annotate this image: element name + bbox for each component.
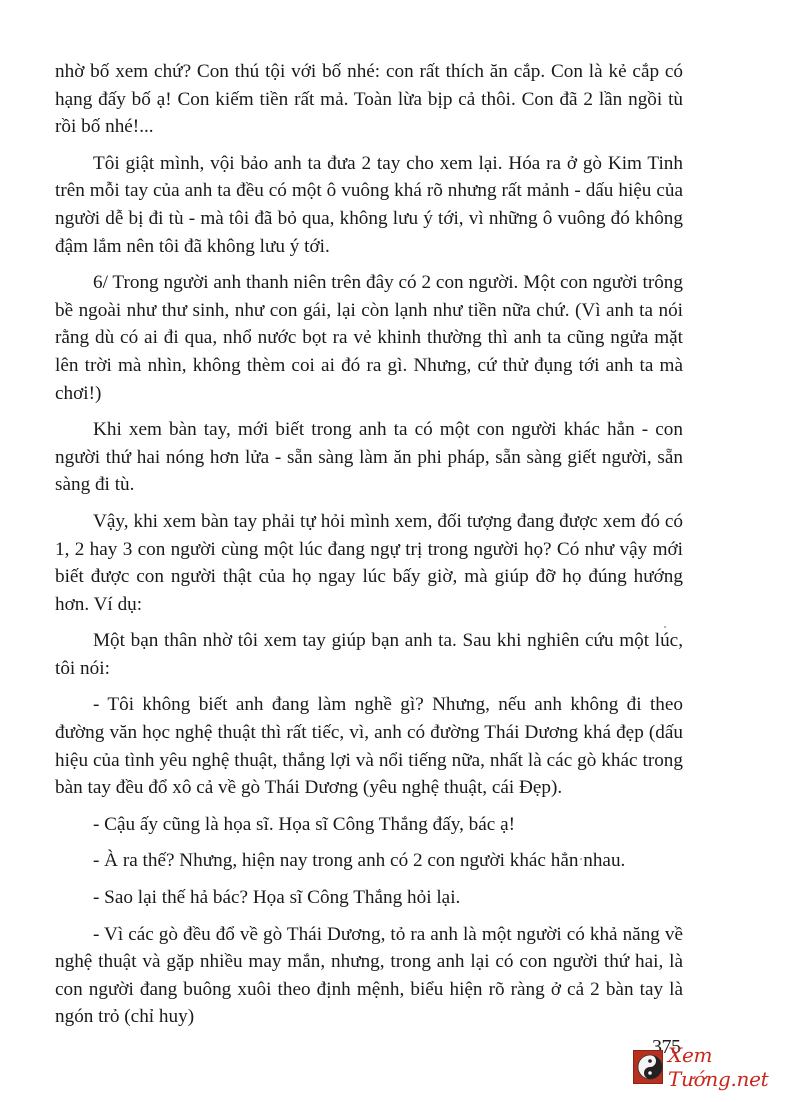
watermark[interactable]: Xem Tướng.net <box>633 1049 800 1085</box>
paragraph-5: Vậy, khi xem bàn tay phải tự hỏi mình xe… <box>55 508 683 618</box>
paragraph-7: - Tôi không biết anh đang làm nghề gì? N… <box>55 691 683 801</box>
scan-speck <box>664 626 666 628</box>
scan-speck <box>580 858 582 860</box>
paragraph-3: 6/ Trong người anh thanh niên trên đây c… <box>55 269 683 407</box>
paragraph-11: - Vì các gò đều đổ về gò Thái Dương, tỏ … <box>55 921 683 1031</box>
paragraph-4: Khi xem bàn tay, mới biết trong anh ta c… <box>55 416 683 499</box>
yin-yang-icon <box>637 1054 663 1080</box>
paragraph-10: - Sao lại thế hả bác? Họa sĩ Công Thắng … <box>55 884 683 912</box>
paragraph-9: - À ra thế? Nhưng, hiện nay trong anh có… <box>55 847 683 875</box>
paragraph-6: Một bạn thân nhờ tôi xem tay giúp bạn an… <box>55 627 683 682</box>
watermark-text: Xem Tướng.net <box>668 1043 800 1091</box>
paragraph-2: Tôi giật mình, vội bảo anh ta đưa 2 tay … <box>55 150 683 260</box>
paragraph-1: nhờ bố xem chứ? Con thú tội với bố nhé: … <box>55 58 683 141</box>
watermark-logo <box>633 1050 663 1084</box>
book-page-text: nhờ bố xem chứ? Con thú tội với bố nhé: … <box>55 58 683 1040</box>
paragraph-8: - Cậu ấy cũng là họa sĩ. Họa sĩ Công Thắ… <box>55 811 683 839</box>
